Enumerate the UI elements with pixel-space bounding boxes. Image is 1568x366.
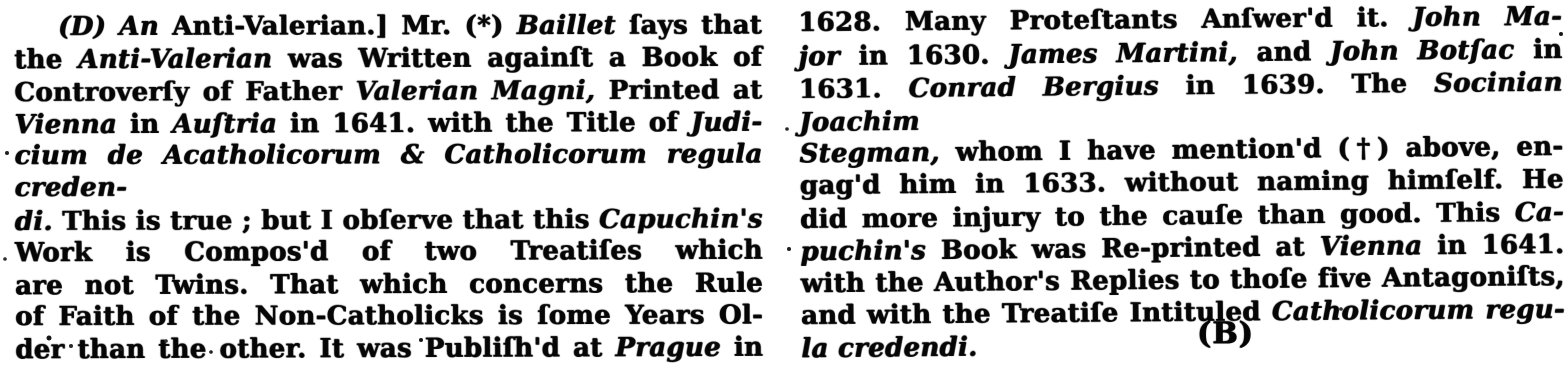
italic-text: John Ma- (1412, 2, 1562, 33)
roman-text: whom I have mention'd (†) above, en- (955, 132, 1563, 168)
italic-text: Capuchin's (599, 204, 763, 235)
roman-text: of Faith of the Non-Catholicks is ſome Y… (15, 300, 763, 332)
roman-text: gag'd him in 1633. without naming himſel… (800, 164, 1564, 200)
roman-text: in 1630. (858, 39, 1008, 70)
roman-text: Controverſy of Father (14, 77, 355, 108)
roman-text: der than the other. It was Publiſh'd at (15, 333, 615, 359)
roman-text: in (1533, 34, 1563, 64)
roman-text: Anti-Valerian.] Mr. (*) (172, 11, 517, 42)
roman-text: and (1256, 36, 1330, 67)
roman-text: was Written againſt a Book of (288, 43, 762, 75)
italic-text: Vienna (14, 109, 130, 139)
scanned-page: (D) An Anti-Valerian.] Mr. (*) Baillet ſ… (0, 0, 1568, 359)
italic-text: James Martini, (1008, 37, 1256, 69)
italic-text: Valerian Magni, (355, 76, 608, 107)
text-line: are not Twins. That which concerns the R… (15, 267, 763, 302)
text-line: Vienna in Auſtria in 1641. with the Titl… (14, 106, 762, 141)
text-line: Controverſy of Father Valerian Magni, Pr… (14, 75, 762, 110)
roman-text: Book was Re-printed at (941, 232, 1320, 266)
roman-text: 1631. (799, 74, 909, 105)
italic-text: Judi- (691, 107, 763, 137)
left-column: (D) An Anti-Valerian.] Mr. (*) Baillet ſ… (14, 9, 763, 359)
italic-text: puchin's (800, 235, 941, 266)
roman-text: ſays that (629, 10, 762, 40)
italic-text: (D) An (58, 12, 172, 42)
italic-text: Vienna (1320, 230, 1438, 261)
italic-text: Ca- (1515, 197, 1565, 227)
right-column: 1628. Many Proteſtants Anſwer'd it. John… (798, 1, 1565, 359)
signature-mark: (B) (1197, 316, 1254, 351)
text-line: of Faith of the Non-Catholicks is ſome Y… (15, 299, 763, 333)
text-line: 1631. Conrad Bergius in 1639. The Socini… (799, 66, 1564, 138)
italic-text: Stegman, (799, 137, 955, 168)
italic-text: Catholicorum regu- (1272, 294, 1565, 326)
roman-text: are not Twins. That which concerns the R… (15, 268, 763, 301)
text-line: der than the other. It was Publiſh'd at … (15, 331, 763, 359)
italic-text: Prague (615, 333, 734, 359)
italic-text: cium de Acatholicorum & Catholicorum reg… (14, 139, 762, 203)
roman-text: 1628. Many Proteſtants Anſwer'd it. (798, 3, 1412, 38)
scan-specks (0, 0, 2, 2)
roman-text: in 1641. with the Title of (290, 107, 691, 138)
italic-text: di. (15, 207, 63, 237)
roman-text: in (130, 109, 172, 139)
roman-text: did more injury to the cauſe than good. … (800, 198, 1515, 235)
text-line: di. This is true ; but I obſerve that th… (15, 203, 763, 238)
roman-text: in 1641. (1437, 229, 1564, 260)
italic-text: Conrad Bergius (908, 71, 1185, 104)
text-line: gag'd him in 1633. without naming himſel… (800, 163, 1564, 202)
roman-text: Printed at (608, 76, 762, 107)
italic-text: Auſtria (172, 109, 290, 139)
text-line: and with the Treatiſe Intituled Catholic… (801, 293, 1565, 332)
roman-text: in (734, 332, 763, 359)
italic-text: jor (798, 41, 858, 72)
italic-text: Anti-Valerian (78, 44, 288, 75)
roman-text: in 1639. The (1185, 69, 1434, 101)
text-line: Work is Compos'd of two Treatiſes which (15, 235, 763, 270)
roman-text: the (14, 45, 78, 75)
roman-text: Work is Compos'd of two Treatiſes which (15, 236, 763, 269)
italic-text: Baillet (517, 11, 629, 41)
roman-text: with the Author's Replies to thoſe five … (801, 262, 1565, 299)
italic-text: John Botſac (1330, 34, 1533, 66)
text-line: (D) An Anti-Valerian.] Mr. (*) Baillet ſ… (14, 9, 762, 43)
text-line: cium de Acatholicorum & Catholicorum reg… (14, 138, 762, 204)
italic-text: la credendi. (801, 332, 977, 359)
roman-text: This is true ; but I obſerve that this (62, 205, 599, 237)
text-line: 1628. Many Proteſtants Anſwer'd it. John… (798, 1, 1562, 40)
text-line: the Anti-Valerian was Written againſt a … (14, 42, 762, 77)
